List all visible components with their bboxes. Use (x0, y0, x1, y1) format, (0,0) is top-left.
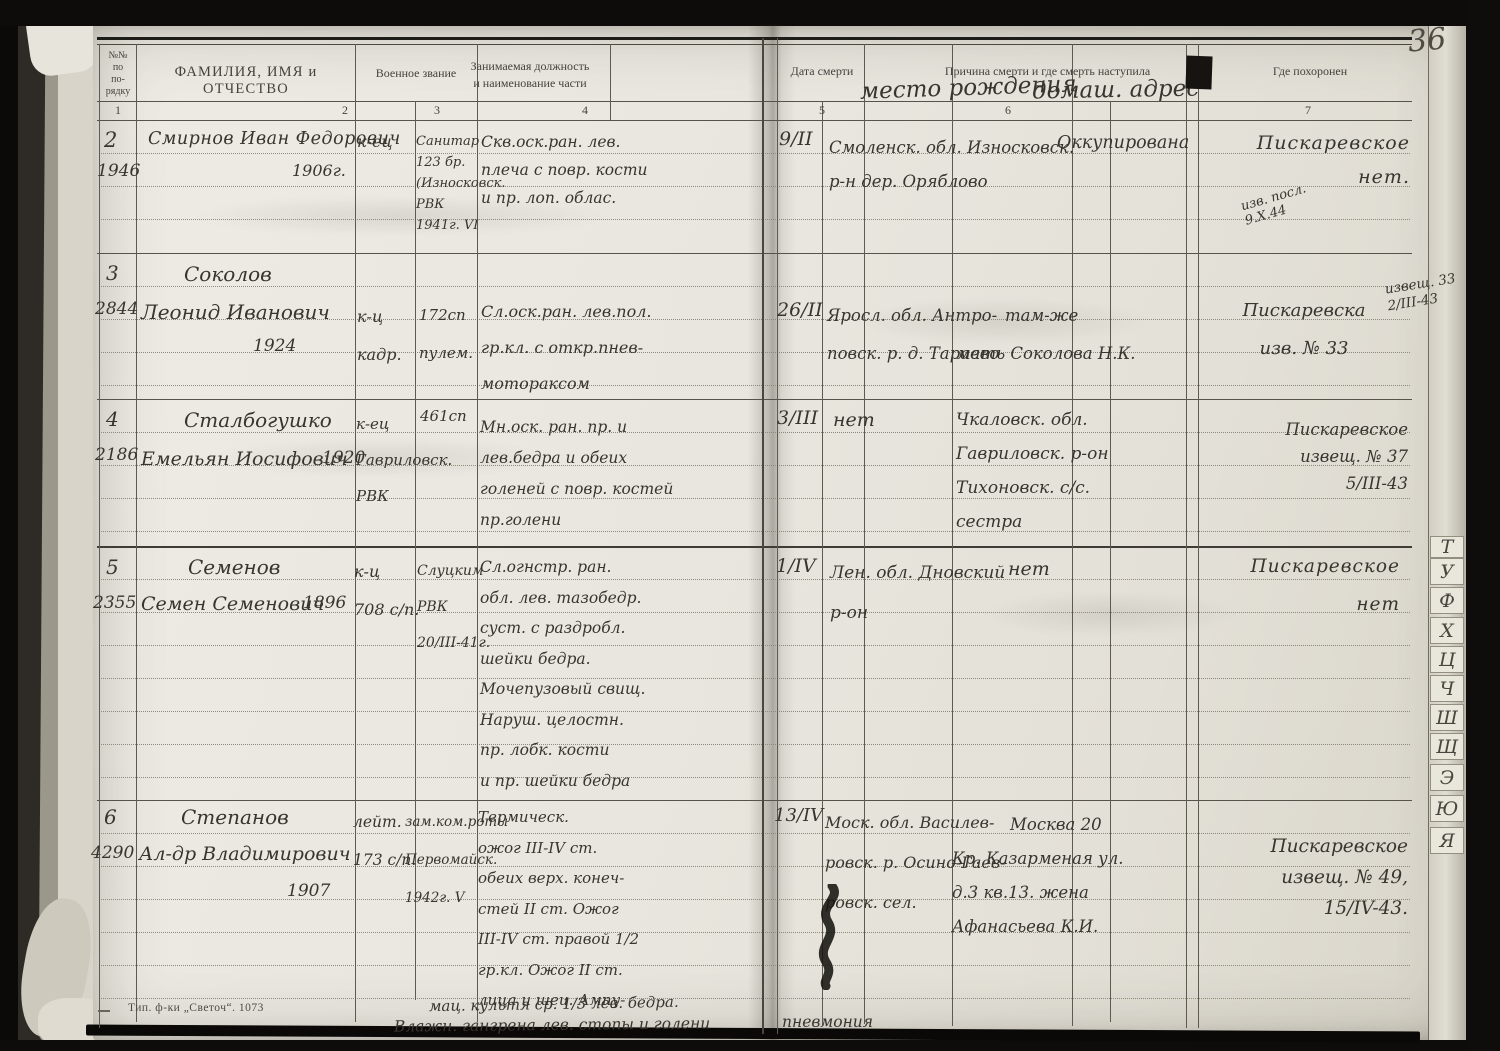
header-annotation-address: домаш. адрес (1032, 75, 1200, 107)
alphabet-tab: У (1430, 558, 1464, 585)
alphabet-tab: Э (1430, 764, 1464, 791)
rule-row-separator (97, 399, 1412, 400)
alphabet-tab: Т (1430, 536, 1464, 558)
register-scan: №№ по по- рядку ФАМИЛИЯ, ИМЯ и ОТЧЕСТВО … (0, 0, 1500, 1051)
gutter-shadow (748, 24, 796, 1040)
row-surname: Степанов (181, 805, 289, 830)
header-col-number: №№ по по- рядку (99, 50, 137, 98)
tab-strip (1428, 26, 1466, 1040)
row-rank: к-ец (357, 132, 393, 152)
row-unit: 461сп (420, 407, 467, 426)
row-birth-place: Лен. обл. Дновский р-он (830, 553, 1005, 633)
row-given-name: Емельян Иосифович (141, 448, 348, 472)
dotted-guide (99, 645, 1410, 646)
row-home-address: там-же мать Соколова Н.К. (957, 297, 1136, 373)
row-num: 3 (106, 261, 119, 286)
rule-v (136, 44, 137, 1022)
ink-mark-header (1185, 56, 1212, 90)
row-reg-number: 4290 (91, 843, 134, 864)
row-home-address: Оккупирована (1057, 133, 1189, 155)
rule-row-separator (97, 546, 1412, 548)
row-surname: Соколов (184, 262, 272, 287)
row-num: 5 (106, 555, 119, 580)
dotted-guide (99, 678, 1410, 679)
dotted-guide (99, 286, 1410, 287)
header-col-name: ФАМИЛИЯ, ИМЯ и ОТЧЕСТВО (137, 64, 355, 98)
row-burial: Пискаревское нет. (1232, 126, 1410, 194)
dotted-guide (99, 579, 1410, 580)
rule-v (777, 38, 778, 1034)
alphabet-tab: Щ (1430, 733, 1464, 760)
row-num: 2 (104, 127, 117, 153)
row-burial: Пискаревское извещ. № 37 5/III-43 (1215, 416, 1408, 497)
rule-v (99, 44, 100, 1028)
alphabet-tab: Я (1430, 827, 1464, 854)
row-reg-number: 1946 (97, 161, 140, 182)
row-cause: Сл.огнстр. ран. обл. лев. тазобедр. суст… (480, 552, 645, 796)
column-number-label: 4 (565, 103, 605, 118)
header-col-death-date: Дата смерти (777, 64, 867, 79)
row-given-name: Леонид Иванович (141, 300, 330, 325)
alphabet-tab: Ш (1430, 704, 1464, 731)
row-death-date: 13/IV (774, 805, 823, 828)
dotted-guide (99, 777, 1410, 778)
dotted-guide (99, 219, 1410, 220)
rule-row-separator (97, 800, 1412, 801)
dotted-guide (99, 186, 1410, 187)
scan-edge-right (1466, 0, 1500, 1051)
row-birth-year: 1906г. (292, 161, 346, 181)
row-rank: к-ц кадр. (357, 298, 402, 374)
row-cause-overflow: Влажн. гангрена лев. стопы и голени (394, 1014, 710, 1037)
row-home-address: нет (1008, 558, 1050, 582)
row-birth-year: 1924 (253, 336, 296, 357)
column-number-label: 7 (1288, 103, 1328, 118)
alphabet-tab: Ч (1430, 675, 1464, 702)
alphabet-tab: Х (1430, 617, 1464, 644)
row-cause-overflow: пневмония (782, 1013, 873, 1032)
column-number-label: 1 (99, 103, 137, 118)
row-num: 4 (106, 407, 119, 432)
scan-edge-top (0, 0, 1500, 26)
rule-numbers-bottom (97, 120, 1412, 121)
column-number-label: 3 (417, 103, 457, 118)
row-death-date: 3/III (777, 407, 818, 431)
row-unit: 172сп пулем. (419, 296, 473, 372)
rule-top-thin (97, 44, 1412, 45)
row-cause: Скв.оск.ран. лев. плеча с повр. кости и … (481, 128, 648, 212)
alphabet-tab: Ф (1430, 587, 1464, 614)
rule-v-page-edge (762, 38, 764, 1034)
header-col-duty: Занимаемая должность и наименование част… (440, 58, 620, 92)
header-col-buried: Где похоронен (1222, 64, 1398, 79)
alphabet-tab: Ц (1430, 646, 1464, 673)
dotted-guide (99, 711, 1410, 712)
dotted-guide (99, 498, 1410, 499)
row-given-name: Ал-др Владимирович (139, 843, 351, 867)
row-reg-number: 2844 (95, 299, 138, 320)
page-fold-right (1410, 26, 1430, 1040)
row-rank: к-ц 708 с/п. (354, 553, 419, 629)
row-reg-number: 2186 (95, 445, 138, 466)
row-birth-place: нет (833, 409, 875, 433)
dotted-guide (99, 998, 1410, 999)
row-burial: Пискаревска изв. № 33 (1215, 292, 1393, 368)
dotted-guide (99, 932, 1410, 933)
column-number-label: 5 (802, 103, 842, 118)
row-burial: Пискаревское нет (1237, 548, 1400, 624)
rule-v (1198, 44, 1199, 1028)
row-num: 6 (104, 805, 117, 830)
column-number-label: 6 (988, 103, 1028, 118)
rule-row-separator (97, 253, 1412, 254)
dotted-guide (99, 153, 1410, 154)
row-cause: Мн.оск. ран. пр. и лев.бедра и обеих гол… (480, 412, 673, 536)
row-death-date: 1/IV (776, 555, 816, 579)
row-given-name: Семен Семенович (141, 593, 324, 617)
row-burial: Пискаревское извещ. № 49, 15/IV-43. (1212, 831, 1408, 924)
column-number-label: 2 (325, 103, 365, 118)
dotted-guide (99, 744, 1410, 745)
dotted-guide (99, 531, 1410, 532)
page-edge-curl (58, 0, 98, 1046)
row-surname: Сталбогушко (184, 408, 332, 433)
page-number: 36 (1406, 20, 1447, 61)
row-death-date: 26/II (777, 299, 823, 323)
printer-mark: Тип. ф-ки „Светоч“. 1073 (128, 1002, 264, 1014)
row-cause: Сл.оск.ран. лев.пол. гр.кл. с откр.пнев-… (481, 294, 652, 402)
dotted-guide (99, 385, 1410, 386)
rule-header-bottom (97, 101, 1412, 102)
ink-blot (816, 884, 850, 990)
row-death-date: 9/II (779, 128, 813, 152)
dotted-guide (99, 965, 1410, 966)
row-cause: Термическ. ожог III-IV ст. обеих верх. к… (478, 802, 639, 1016)
row-birth-place: Смоленск. обл. Износковск. р-н дер. Оряб… (829, 131, 1074, 199)
row-birth-year: 1896 (303, 593, 346, 614)
row-home-address: Москва 20 Кр. Казарменая ул. д.3 кв.13. … (952, 808, 1123, 944)
row-birth-year: 1907 (287, 881, 330, 902)
row-surname: Семенов (188, 555, 280, 580)
row-home-address: Чкаловск. обл. Гавриловск. р-он Тихоновс… (956, 403, 1109, 539)
margin-dash (98, 1010, 110, 1012)
alphabet-tab: Ю (1430, 795, 1464, 822)
row-reg-number: 2355 (93, 593, 136, 614)
rule-top-thick (97, 37, 1412, 40)
rule-v (1186, 44, 1187, 1028)
